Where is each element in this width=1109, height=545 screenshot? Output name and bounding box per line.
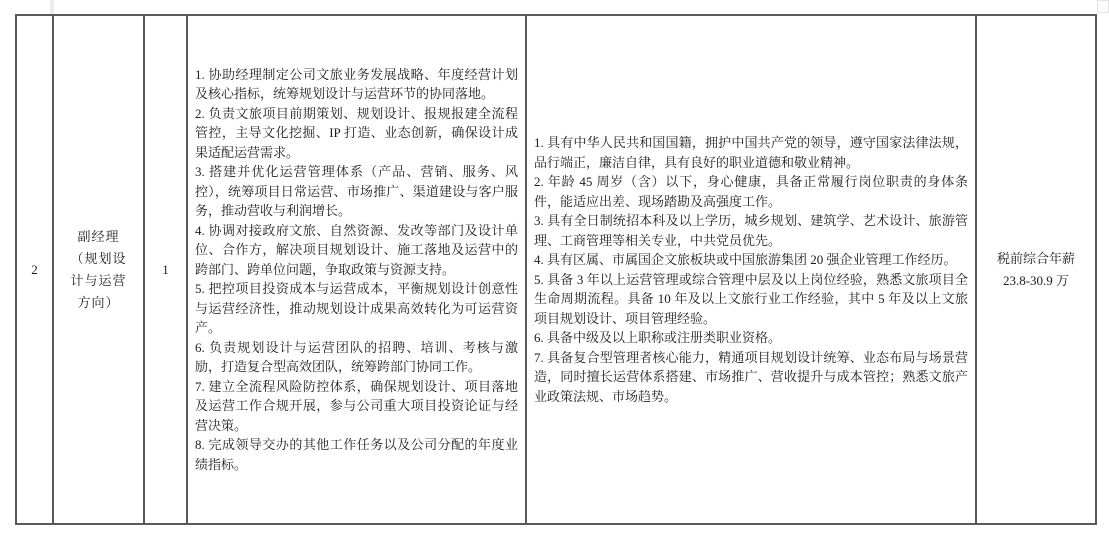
duty-item: 1. 协助经理制定公司文旅业务发展战略、年度经营计划及核心指标，统筹规划设计与运… [195,65,518,104]
table-row: 2 副经理 （规划设计与运营方向） 1 1. 协助经理制定公司文旅业务发展战略、… [16,15,1096,524]
position-title: 副经理 （规划设计与运营方向） [69,226,129,314]
job-posting-table: 2 副经理 （规划设计与运营方向） 1 1. 协助经理制定公司文旅业务发展战略、… [15,14,1097,525]
duty-item: 8. 完成领导交办的其他工作任务以及公司分配的年度业绩指标。 [195,435,518,474]
cell-row-number: 2 [16,15,53,524]
requirement-item: 3. 具有全日制统招本科及以上学历，城乡规划、建筑学、艺术设计、旅游管理、工商管… [534,211,968,250]
requirement-item: 6. 具备中级及以上职称或注册类职业资格。 [534,328,968,348]
requirement-item: 2. 年龄 45 周岁（含）以下，身心健康，具备正常履行岗位职责的身体条件，能适… [534,172,968,211]
cutoff-corner-cell [1097,0,1109,13]
headcount-value: 1 [162,262,169,277]
duty-item: 5. 把控项目投资成本与运营成本，平衡规划设计创意性与运营经济性，推动规划设计成… [195,279,518,338]
cell-salary: 税前综合年薪 23.8-30.9 万 [976,15,1096,524]
row-number: 2 [31,262,38,277]
duty-item: 3. 搭建并优化运营管理体系（产品、营销、服务、风控），统筹项目日常运营、市场推… [195,162,518,221]
cell-requirements: 1. 具有中华人民共和国国籍，拥护中国共产党的领导，遵守国家法律法规，品行端正，… [526,15,976,524]
duty-item: 4. 协调对接政府文旅、自然资源、发改等部门及设计单位、合作方，解决项目规划设计… [195,221,518,280]
cutoff-row-divider [50,0,54,15]
duty-item: 6. 负责规划设计与运营团队的招聘、培训、考核与激励，打造复合型高效团队，统筹跨… [195,338,518,377]
salary-line2: 23.8-30.9 万 [979,270,1093,292]
requirement-item: 4. 具有区属、市属国企文旅板块或中国旅游集团 20 强企业管理工作经历。 [534,250,968,270]
position-title-line2: （规划设计与运营方向） [69,248,129,314]
cell-headcount: 1 [144,15,187,524]
cell-position-title: 副经理 （规划设计与运营方向） [53,15,144,524]
requirement-item: 7. 具备复合型管理者核心能力，精通项目规划设计统筹、业态布局与场景营造，同时擅… [534,348,968,407]
document-page: 2 副经理 （规划设计与运营方向） 1 1. 协助经理制定公司文旅业务发展战略、… [0,0,1109,545]
salary-line1: 税前综合年薪 [979,248,1093,270]
cell-duties: 1. 协助经理制定公司文旅业务发展战略、年度经营计划及核心指标，统筹规划设计与运… [187,15,526,524]
salary-text: 税前综合年薪 23.8-30.9 万 [979,248,1093,292]
requirement-item: 1. 具有中华人民共和国国籍，拥护中国共产党的领导，遵守国家法律法规，品行端正，… [534,133,968,172]
position-title-line1: 副经理 [69,226,129,248]
requirement-item: 5. 具备 3 年以上运营管理或综合管理中层及以上岗位经验，熟悉文旅项目全生命周… [534,270,968,329]
duty-item: 2. 负责文旅项目前期策划、规划设计、报规报建全流程管控，主导文化挖掘、IP 打… [195,104,518,163]
duty-item: 7. 建立全流程风险防控体系，确保规划设计、项目落地及运营工作合规开展，参与公司… [195,377,518,436]
